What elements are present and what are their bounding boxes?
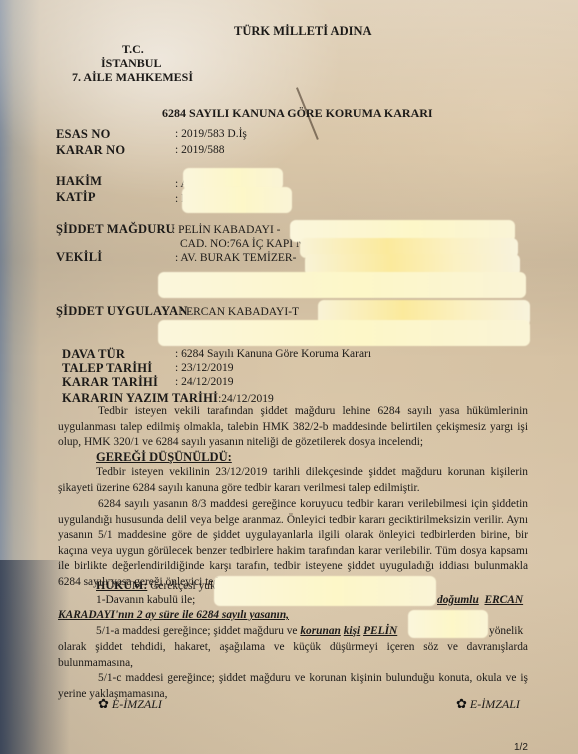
korunan-text: korunan	[300, 625, 341, 637]
talep-value: : 23/12/2019	[175, 362, 233, 374]
gerekli-heading: GEREĞİ DÜŞÜNÜLDÜ:	[96, 450, 232, 465]
kisi-text: kişi	[344, 625, 360, 637]
karar-tarihi-value: : 24/12/2019	[175, 376, 233, 388]
hukum-text: Gerekçesi yuka	[150, 580, 221, 592]
city-heading: İSTANBUL	[101, 56, 161, 71]
item-5-1-a-start: 5/1-a maddesi gereğince; şiddet mağduru …	[96, 625, 297, 637]
redaction-katip	[182, 187, 292, 213]
karar-no-value: : 2019/588	[175, 144, 225, 156]
redaction-hukum	[214, 576, 436, 606]
esign-left-text: E-İMZALI	[112, 697, 162, 711]
nation-heading: TÜRK MİLLETİ ADINA	[234, 24, 372, 39]
karar-tarihi-label: KARAR TARİHİ	[62, 375, 158, 390]
victim-value: : PELİN KABADAYI -	[172, 224, 281, 236]
victim-name: PELİN	[363, 625, 397, 637]
document-title: 6284 SAYILI KANUNA GÖRE KORUMA KARARI	[162, 106, 433, 121]
victim-label: ŞİDDET MAĞDURU	[56, 222, 175, 237]
hukum-heading: HÜKÜM:	[96, 578, 147, 592]
item-5-1-a-row: 5/1-a maddesi gereğince; şiddet mağduru …	[96, 624, 397, 640]
karar-no-label: KARAR NO	[56, 143, 125, 158]
signature-left: ✿E-İMZALI	[98, 695, 162, 713]
court-heading: 7. AİLE MAHKEMESİ	[72, 70, 193, 85]
paragraph-1: Tedbir isteyen vekilinin 23/12/2019 tari…	[58, 465, 528, 496]
item-1-tail: doğumlu ERCAN	[437, 593, 523, 609]
katip-label: KATİP	[56, 190, 96, 205]
perpetrator-name: ERCAN	[484, 594, 523, 606]
seal-icon: ✿	[456, 696, 467, 712]
tc-heading: T.C.	[122, 42, 144, 57]
item-1-start: 1-Davanın kabulü ile;	[96, 593, 195, 609]
intro-paragraph: Tedbir isteyen vekili tarafından şiddet …	[58, 404, 528, 451]
perpetrator-value: : ERCAN KABADAYI-T	[180, 306, 299, 318]
perpetrator-label: ŞİDDET UYGULAYAN	[56, 304, 188, 319]
signature-right: ✿E-İMZALI	[456, 695, 520, 713]
dogumlu-text: doğumlu	[437, 594, 479, 606]
dava-label: DAVA TÜR	[62, 347, 125, 362]
page-number: 1/2	[514, 742, 528, 753]
dava-value: : 6284 Sayılı Kanuna Göre Koruma Kararı	[175, 348, 371, 360]
yonelik-text: yönelik	[489, 624, 523, 640]
hakim-label: HAKİM	[56, 174, 102, 189]
item-1-cont: KARADAYI'nın 2 ay süre ile 6284 sayılı y…	[58, 608, 289, 624]
redaction-perpetrator-address	[158, 320, 530, 346]
redaction-victim-name	[408, 610, 488, 638]
esas-value: : 2019/583 D.İş	[175, 128, 247, 140]
item-5-1-a-rest: olarak şiddet tehdidi, hakaret, aşağılam…	[58, 640, 528, 671]
counsel-value: : AV. BURAK TEMİZER-	[175, 252, 296, 264]
seal-icon: ✿	[98, 696, 109, 712]
counsel-label: VEKİLİ	[56, 250, 102, 265]
talep-label: TALEP TARİHİ	[62, 361, 152, 376]
esign-right-text: E-İMZALI	[470, 697, 520, 711]
redaction-counsel-address	[158, 272, 526, 298]
esas-label: ESAS NO	[56, 127, 111, 142]
yazim-label: KARARIN YAZIM TARİHİ	[62, 391, 218, 405]
